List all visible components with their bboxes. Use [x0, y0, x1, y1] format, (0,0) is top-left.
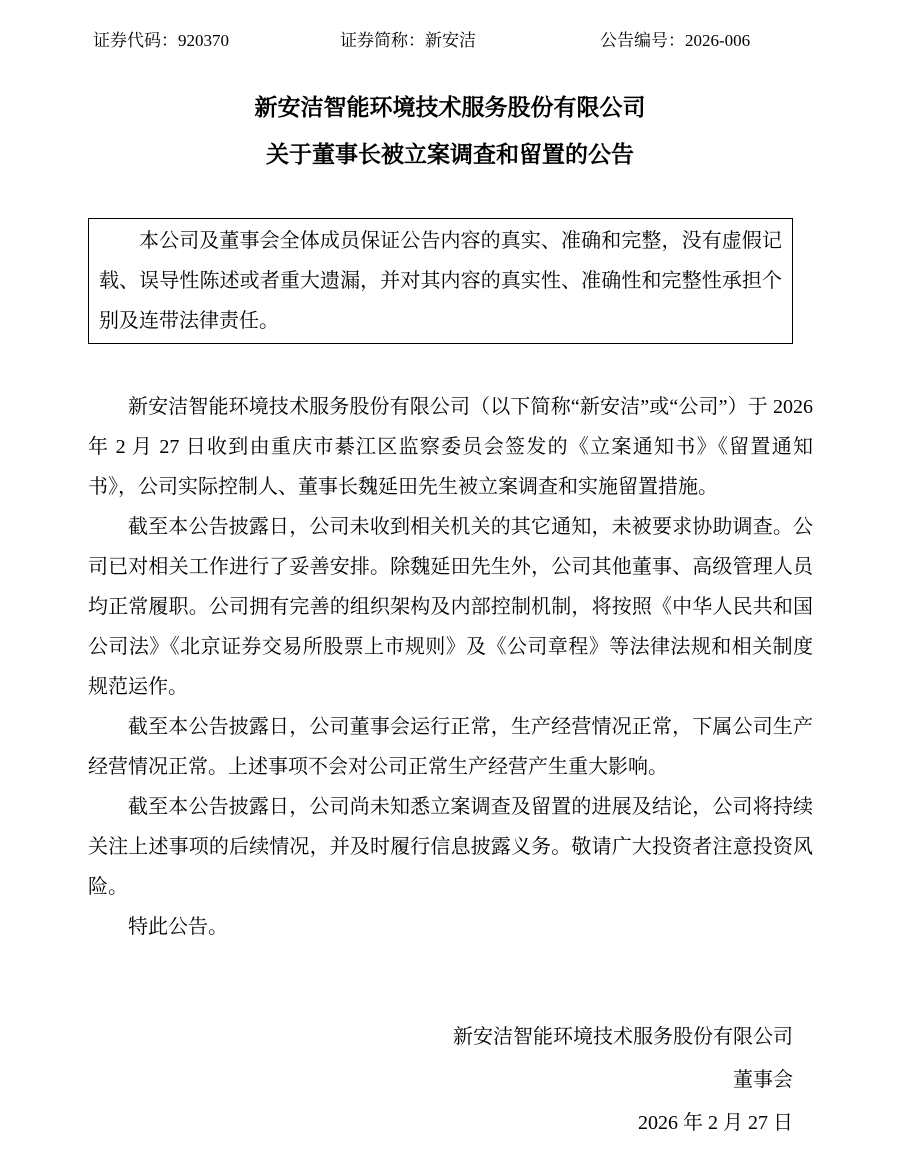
- stock-name-label: 证券简称：新安洁: [340, 26, 476, 51]
- company-name-title: 新安洁智能环境技术服务股份有限公司: [0, 94, 900, 122]
- signature-company: 新安洁智能环境技术服务股份有限公司: [0, 1016, 793, 1059]
- signature-board: 董事会: [0, 1059, 793, 1102]
- signature-block: 新安洁智能环境技术服务股份有限公司 董事会 2026 年 2 月 27 日: [0, 1016, 793, 1145]
- body-paragraph-3: 截至本公告披露日，公司董事会运行正常，生产经营情况正常，下属公司生产经营情况正常…: [88, 707, 813, 787]
- announcement-document: 证券代码：920370 证券简称：新安洁 公告编号：2026-006 新安洁智能…: [0, 0, 900, 1170]
- document-body: 新安洁智能环境技术服务股份有限公司（以下简称“新安洁”或“公司”）于 2026 …: [88, 387, 813, 947]
- stock-code-label: 证券代码：920370: [93, 26, 229, 51]
- body-paragraph-4: 截至本公告披露日，公司尚未知悉立案调查及留置的进展及结论，公司将持续关注上述事项…: [88, 787, 813, 907]
- body-paragraph-2: 截至本公告披露日，公司未收到相关机关的其它通知，未被要求协助调查。公司已对相关工…: [88, 507, 813, 707]
- signature-date: 2026 年 2 月 27 日: [0, 1102, 793, 1145]
- disclaimer-box: 本公司及董事会全体成员保证公告内容的真实、准确和完整，没有虚假记载、误导性陈述或…: [88, 218, 793, 344]
- announcement-number-label: 公告编号：2026-006: [600, 26, 750, 51]
- body-paragraph-closing: 特此公告。: [88, 907, 813, 947]
- announcement-title: 关于董事长被立案调查和留置的公告: [0, 141, 900, 169]
- body-paragraph-1: 新安洁智能环境技术服务股份有限公司（以下简称“新安洁”或“公司”）于 2026 …: [88, 387, 813, 507]
- disclaimer-text: 本公司及董事会全体成员保证公告内容的真实、准确和完整，没有虚假记载、误导性陈述或…: [99, 221, 782, 341]
